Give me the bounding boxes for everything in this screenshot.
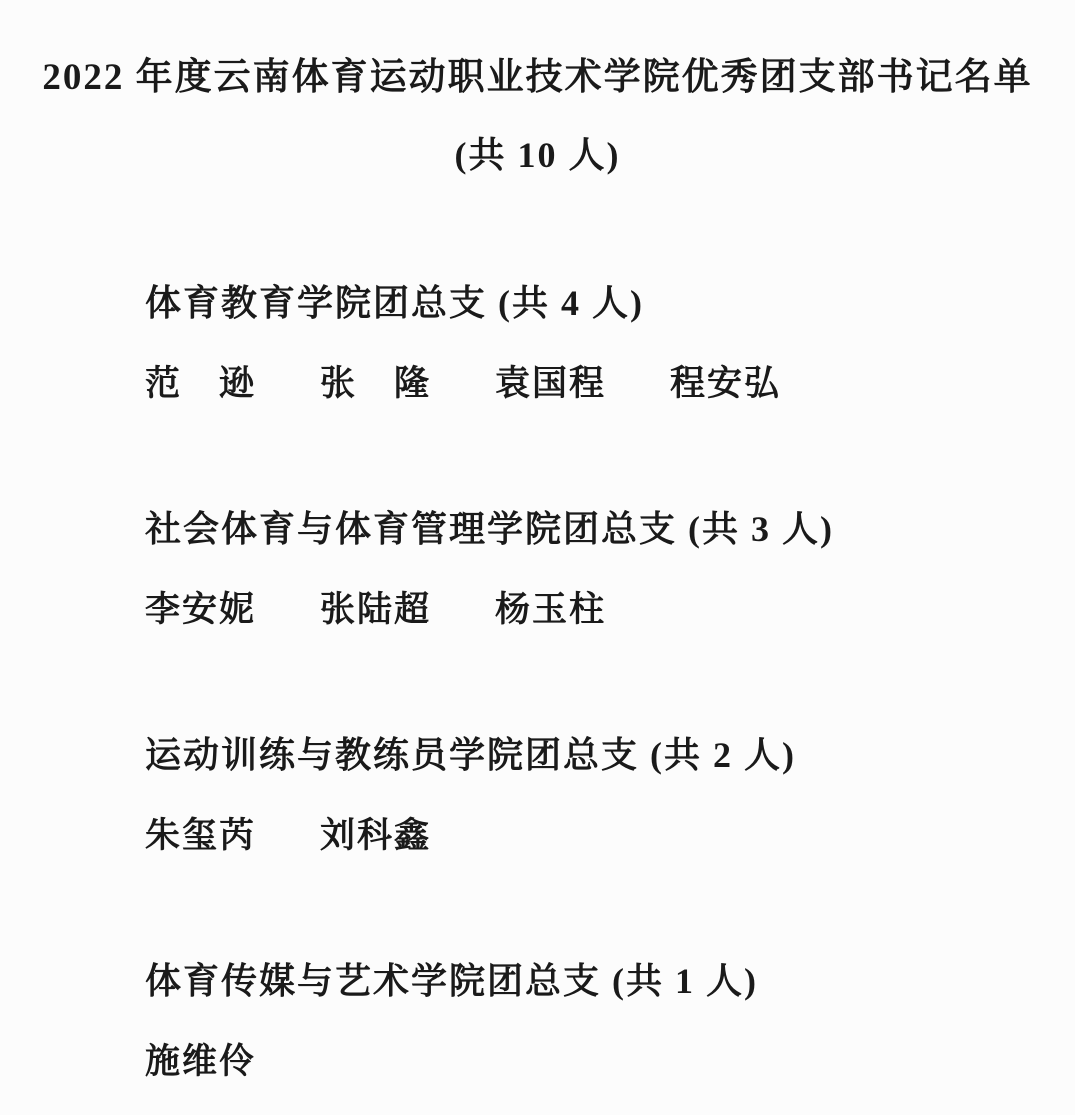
person-name: 施维伶: [145, 1043, 256, 1082]
section-heading: 体育教育学院团总支 (共 4 人): [145, 284, 1015, 324]
person-name: 刘科鑫: [320, 817, 431, 856]
sections: 体育教育学院团总支 (共 4 人) 范 逊张 隆袁国程程安弘 社会体育与体育管理…: [145, 284, 1015, 1082]
document-subtitle: (共 10 人): [0, 134, 1075, 177]
names-row: 范 逊张 隆袁国程程安弘: [145, 365, 1015, 404]
person-name: 程安弘: [670, 365, 781, 404]
award-section: 体育传媒与艺术学院团总支 (共 1 人) 施维伶: [145, 962, 1015, 1082]
document-title: 2022 年度云南体育运动职业技术学院优秀团支部书记名单: [0, 0, 1075, 100]
award-section: 社会体育与体育管理学院团总支 (共 3 人) 李安妮张陆超杨玉柱: [145, 510, 1015, 630]
names-row: 李安妮张陆超杨玉柱: [145, 591, 1015, 630]
section-heading: 体育传媒与艺术学院团总支 (共 1 人): [145, 962, 1015, 1002]
document-page: 2022 年度云南体育运动职业技术学院优秀团支部书记名单 (共 10 人) 体育…: [0, 0, 1075, 1115]
names-row: 朱玺芮刘科鑫: [145, 817, 1015, 856]
person-name: 范 逊: [145, 365, 256, 404]
award-section: 运动训练与教练员学院团总支 (共 2 人) 朱玺芮刘科鑫: [145, 736, 1015, 856]
person-name: 李安妮: [145, 591, 256, 630]
person-name: 杨玉柱: [495, 591, 606, 630]
award-section: 体育教育学院团总支 (共 4 人) 范 逊张 隆袁国程程安弘: [145, 284, 1015, 404]
person-name: 朱玺芮: [145, 817, 256, 856]
names-row: 施维伶: [145, 1043, 1015, 1082]
person-name: 张 隆: [320, 365, 431, 404]
section-heading: 社会体育与体育管理学院团总支 (共 3 人): [145, 510, 1015, 550]
person-name: 袁国程: [495, 365, 606, 404]
section-heading: 运动训练与教练员学院团总支 (共 2 人): [145, 736, 1015, 776]
person-name: 张陆超: [320, 591, 431, 630]
